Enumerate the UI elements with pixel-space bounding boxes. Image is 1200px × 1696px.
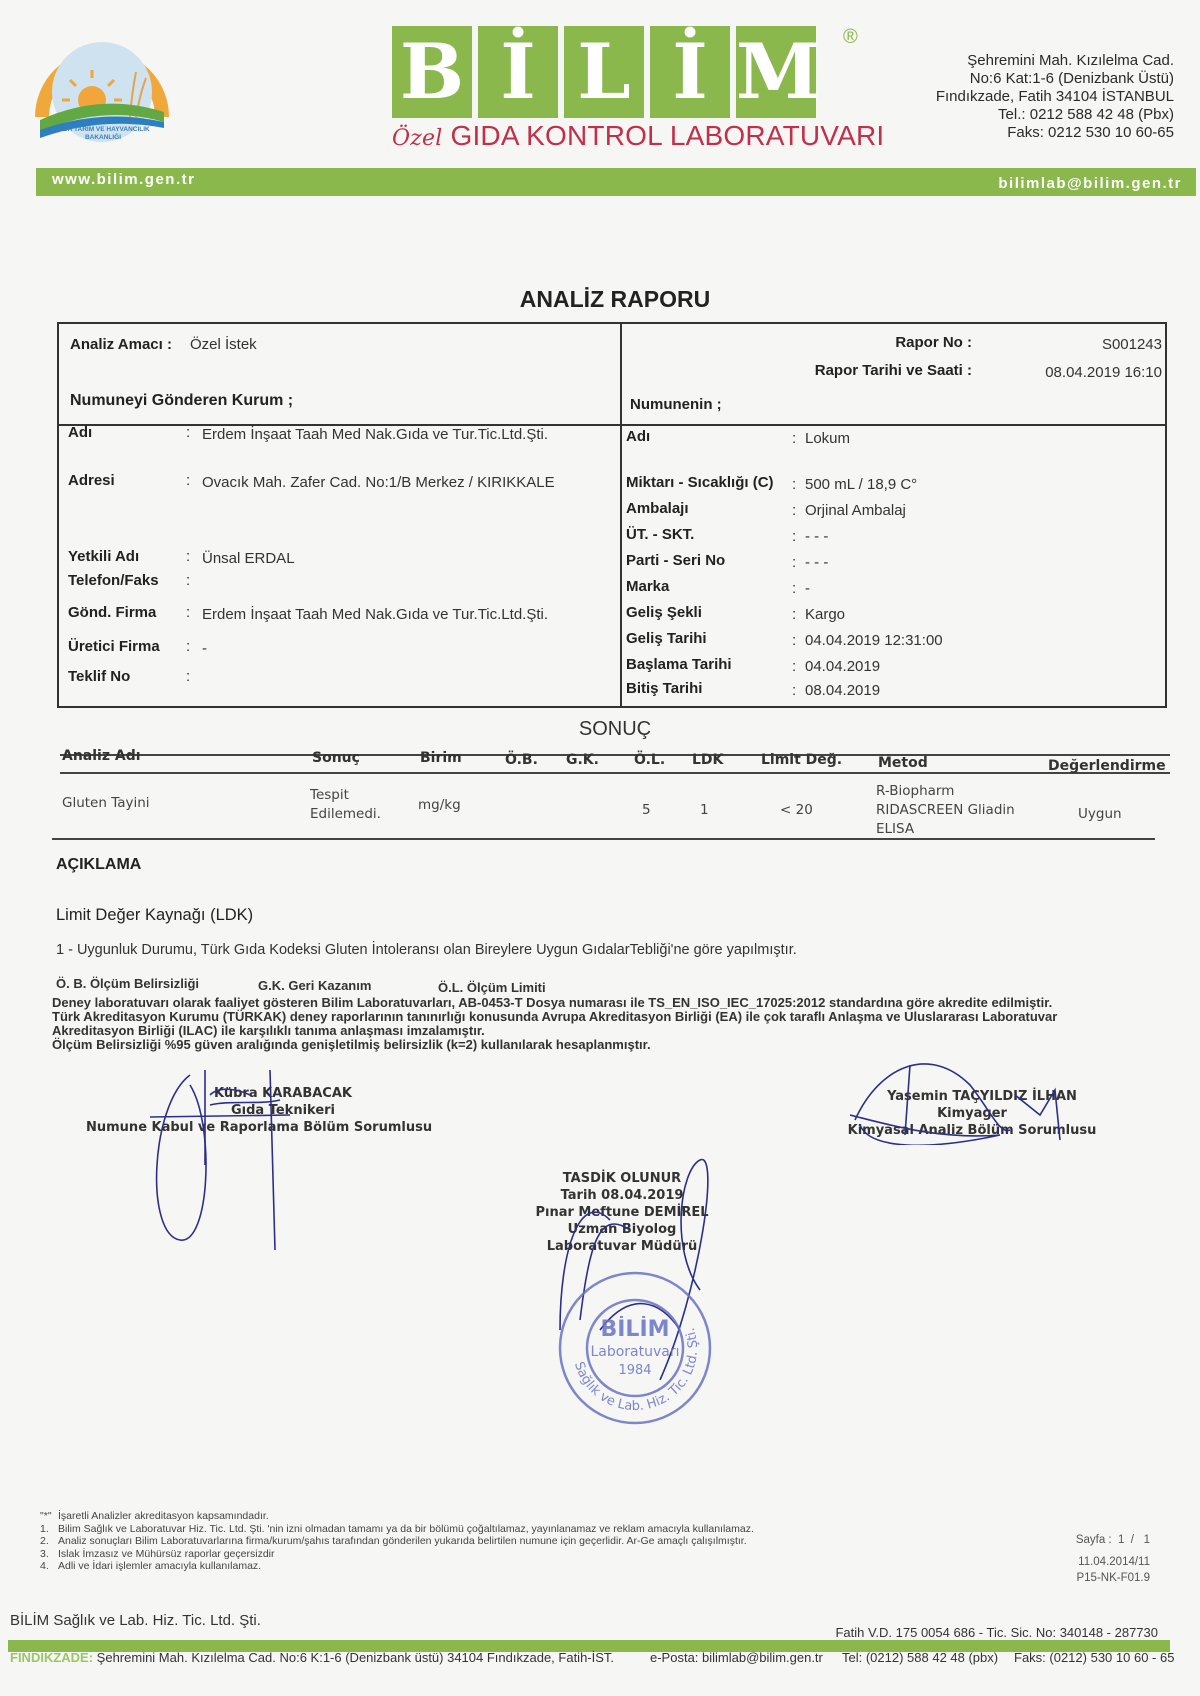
sample-field-colon: : [792,528,796,545]
col-gk: G.K. [566,752,599,768]
brand-subtitle: Özel GIDA KONTROL LABORATUVARI [392,120,884,152]
sender-field-colon: : [186,548,190,565]
ol-value: 5 [642,801,651,820]
sample-field-value: 04.04.2019 [805,658,880,675]
footer-note: 3.Islak İmzasız ve Mühürsüz raporlar geç… [40,1548,754,1561]
svg-text:BİLİM: BİLİM [600,1316,669,1342]
sample-field-value: Lokum [805,430,850,447]
footer-note: "*"İşaretli Analizler akreditasyon kapsa… [40,1510,754,1523]
sample-field-value: - - - [805,528,828,545]
analysis-name: Gluten Tayini [62,794,150,813]
tax-info: Fatih V.D. 175 0054 686 - Tic. Sic. No: … [835,1625,1158,1640]
limit-source-text: 1 - Uygunluk Durumu, Türk Gıda Kodeksi G… [56,942,797,958]
sample-field-value: Orjinal Ambalaj [805,502,906,519]
abbr-ob: Ö. B. Ölçüm Belirsizliği [56,976,199,991]
sample-field-label: Adı [626,428,650,445]
purpose-label: Analiz Amacı : [70,336,172,353]
sender-field-label: Yetkili Adı [68,548,139,565]
info-box [57,322,1167,708]
sender-field-label: Telefon/Faks [68,572,159,589]
footer-note: 1.Bilim Sağlık ve Laboratuvar Hiz. Tic. … [40,1523,754,1536]
page-current: 1 [1118,1534,1124,1546]
company-stamp-icon: BİLİM Laboratuvarı 1984 Sağlık ve Lab. H… [555,1268,715,1428]
form-code: P15-NK-F01.9 [1076,1570,1150,1586]
method-value: R-Biopharm RIDASCREEN Gliadin ELISA [876,782,1015,839]
evaluation-value: Uygun [1078,805,1122,824]
col-limit: Limit Değ. [761,752,842,768]
sample-field-value: 08.04.2019 [805,682,880,699]
divider [60,772,1170,774]
svg-text:Laboratuvarı: Laboratuvarı [590,1344,679,1360]
sender-field-label: Üretici Firma [68,638,160,655]
sample-heading: Numunenin ; [630,396,722,413]
brand-letter: İ [478,26,558,118]
sender-field-label: Adresi [68,472,115,489]
ldk-value: 1 [700,801,709,820]
sample-field-value: Kargo [805,606,845,623]
brand-letter: M [736,26,816,118]
sender-field-value: - [202,640,207,657]
sample-field-value: 500 mL / 18,9 C° [805,476,917,493]
report-date-value: 08.04.2019 16:10 [1045,364,1162,381]
sender-field-label: Teklif No [68,668,130,685]
footer-contact: FINDIKZADE: Şehremini Mah. Kızılelma Cad… [10,1650,1190,1665]
footer-fax: Faks: (0212) 530 10 60 - 65 [1014,1650,1174,1665]
sample-field-label: Marka [626,578,669,595]
sample-field-value: - - - [805,554,828,571]
footer-note: 2.Analiz sonuçları Bilim Laboratuvarları… [40,1535,754,1548]
sample-field-colon: : [792,682,796,699]
col-evaluation: Değerlendirme [1048,758,1166,774]
ministry-name: T.C. GIDA TARIM VE HAYVANCILIK BAKANLIĞI [30,118,176,142]
sample-field-colon: : [792,658,796,675]
footer-notes: "*"İşaretli Analizler akreditasyon kapsa… [40,1510,754,1573]
sample-field-label: Geliş Şekli [626,604,702,621]
results-title: SONUÇ [0,718,1200,741]
footer-address: Şehremini Mah. Kızılelma Cad. No:6 K:1-6… [97,1650,614,1665]
col-ldk: LDK [692,752,723,768]
sender-heading: Numuneyi Gönderen Kurum ; [70,392,293,410]
col-unit: Birim [420,750,462,766]
sample-field-label: Bitiş Tarihi [626,680,702,697]
sender-field-value: Erdem İnşaat Taah Med Nak.Gıda ve Tur.Ti… [202,606,548,623]
form-date: 11.04.2014/11 [1076,1554,1150,1570]
sample-field-colon: : [792,502,796,519]
col-method: Metod [878,755,928,771]
divider [620,322,622,708]
svg-text:1984: 1984 [618,1363,651,1378]
limit-value: < 20 [780,801,813,820]
hq-address: Şehremini Mah. Kızılelma Cad. No:6 Kat:1… [936,52,1174,142]
divider [60,754,1170,756]
sample-field-label: Parti - Seri No [626,552,725,569]
sample-field-colon: : [792,606,796,623]
sample-field-value: 04.04.2019 12:31:00 [805,632,943,649]
result-value: Tespit Edilemedi. [310,786,381,824]
sample-field-colon: : [792,554,796,571]
brand-letter: B [392,26,472,118]
report-date-label: Rapor Tarihi ve Saati : [815,362,972,379]
footer-note: 4.Adli ve İdari işlemler amacıyla kullan… [40,1560,754,1573]
website-link[interactable]: www.bilim.gen.tr [52,171,195,188]
sender-field-value: Erdem İnşaat Taah Med Nak.Gıda ve Tur.Ti… [202,426,548,443]
registered-mark-icon: ® [843,26,858,49]
purpose-value: Özel İstek [190,336,257,353]
signature-scrawl-icon [850,1055,1090,1145]
footer-email[interactable]: e-Posta: bilimlab@bilim.gen.tr [650,1650,823,1665]
sample-field-label: Geliş Tarihi [626,630,707,647]
sender-field-value: Ünsal ERDAL [202,550,295,567]
brand-letter: L [564,26,644,118]
page-info: Sayfa : 1 / 1 11.04.2014/11 P15-NK-F01.9 [1076,1532,1150,1586]
explanation-title: AÇIKLAMA [56,856,141,874]
sample-field-colon: : [792,632,796,649]
sender-field-colon: : [186,472,190,489]
sender-field-colon: : [186,638,190,655]
brand-logo: B İ L İ M [392,26,816,118]
report-no-value: S001243 [1102,336,1162,353]
sender-field-colon: : [186,572,190,589]
abbr-gk: G.K. Geri Kazanım [258,978,371,993]
unit-value: mg/kg [418,796,461,815]
sample-field-label: Miktarı - Sıcaklığı (C) [626,474,774,491]
sample-field-label: Başlama Tarihi [626,656,732,673]
sender-field-colon: : [186,668,190,685]
sender-field-label: Adı [68,424,92,441]
signature-scrawl-icon [150,1065,310,1255]
footer-tel: Tel: (0212) 588 42 48 (pbx) [842,1650,998,1665]
col-ob: Ö.B. [505,752,538,768]
company-name: BİLİM Sağlık ve Lab. Hiz. Tic. Ltd. Şti. [10,1612,261,1629]
sample-field-label: Ambalajı [626,500,689,517]
col-result: Sonuç [312,750,360,766]
sample-field-colon: : [792,430,796,447]
sample-field-value: - [805,580,810,597]
sender-field-colon: : [186,424,190,441]
accreditation-text: Deney laboratuvarı olarak faaliyet göste… [52,996,1200,1052]
sample-field-colon: : [792,580,796,597]
abbr-ol: Ö.L. Ölçüm Limiti [438,980,546,995]
brand-letter: İ [650,26,730,118]
report-title: ANALİZ RAPORU [0,286,1200,313]
sender-field-colon: : [186,604,190,621]
sender-field-label: Gönd. Firma [68,604,156,621]
col-analysis: Analiz Adı [62,748,141,764]
limit-source-title: Limit Değer Kaynağı (LDK) [56,906,253,925]
sender-field-value: Ovacık Mah. Zafer Cad. No:1/B Merkez / K… [202,474,555,491]
col-ol: Ö.L. [634,752,665,768]
sample-field-label: ÜT. - SKT. [626,526,694,543]
page-total: 1 [1144,1534,1150,1546]
report-no-label: Rapor No : [895,334,972,351]
email-link[interactable]: bilimlab@bilim.gen.tr [998,175,1182,192]
sample-field-colon: : [792,476,796,493]
